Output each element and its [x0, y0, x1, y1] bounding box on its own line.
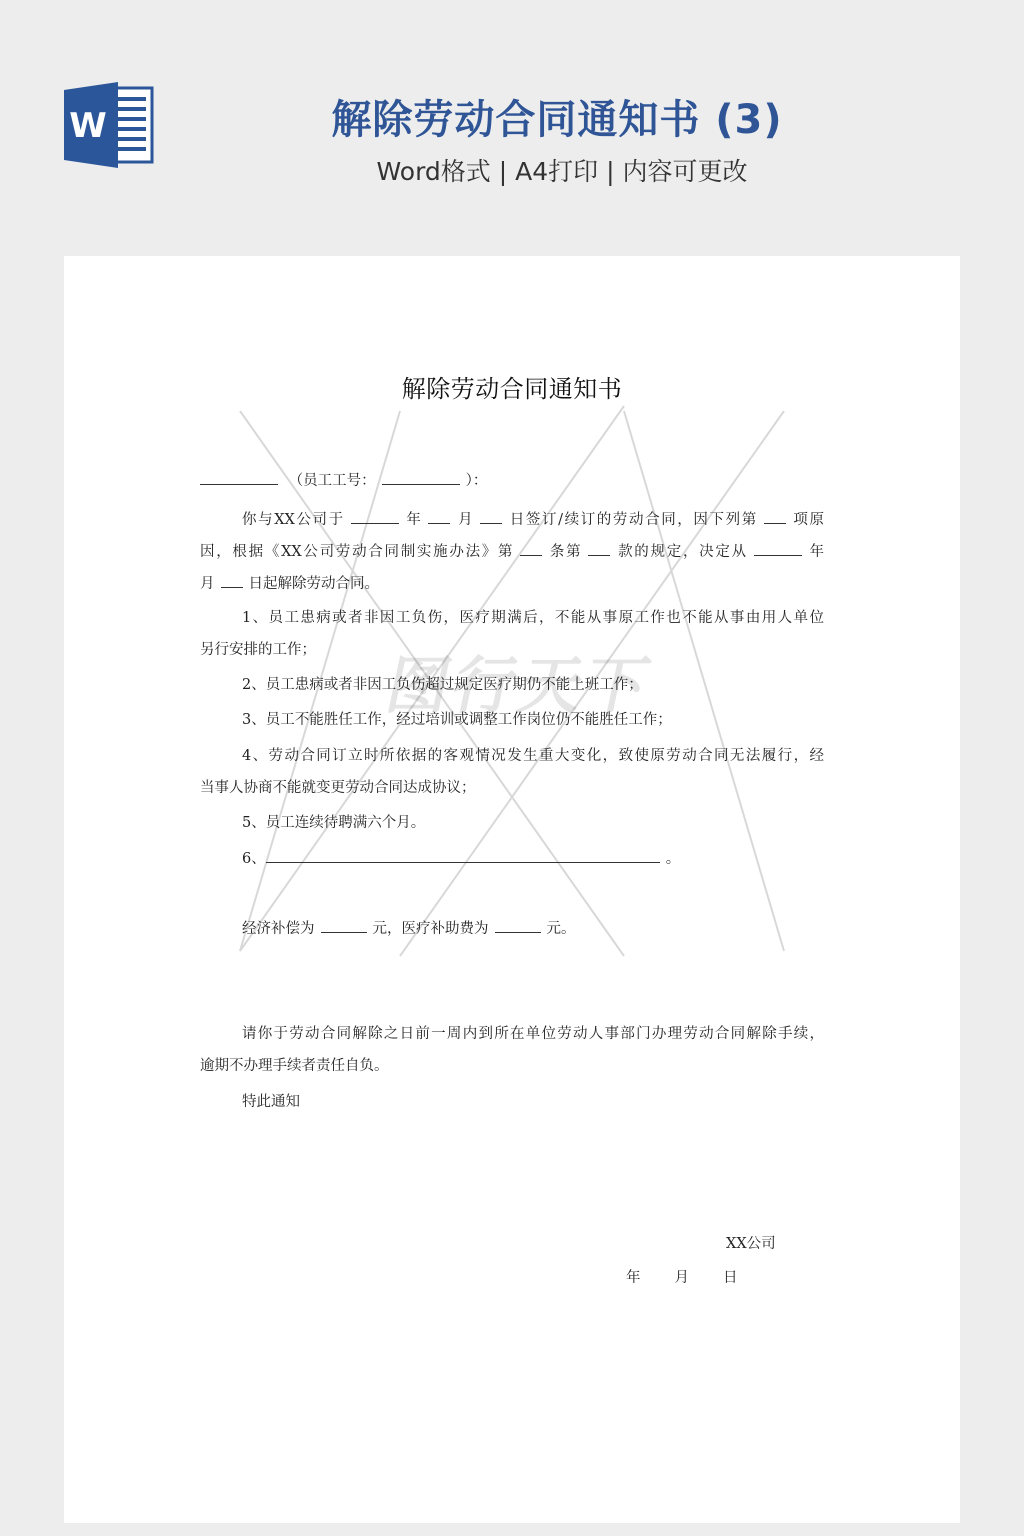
banner: W 解除劳动合同通知书 (3) Word格式 | A4打印 | 内容可更改 — [0, 0, 1024, 256]
medical-subsidy-blank[interactable] — [495, 918, 541, 933]
name-blank[interactable] — [200, 470, 278, 485]
clause-blank[interactable] — [588, 541, 610, 556]
compensation-blank[interactable] — [321, 918, 367, 933]
text: 元，医疗补助费为 — [373, 921, 489, 937]
text: 因，根据《XX公司劳动合同制实施办法》第 — [200, 544, 514, 560]
text: 日签订/续订的劳动合同，因下列第 — [508, 512, 758, 528]
compensation-line: 经济补偿为元，医疗补助费为元。 — [242, 918, 576, 939]
text: 年 — [808, 544, 824, 560]
item-4-line2: 当事人协商不能就变更劳动合同达成协议； — [200, 778, 476, 798]
item-1-line1: 1、员工患病或者非因工负伤，医疗期满后，不能从事原工作也不能从事由用人单位 — [242, 608, 824, 628]
item-number-blank[interactable] — [764, 509, 786, 524]
text: 经济补偿为 — [242, 921, 315, 937]
item-2: 2、员工患病或者非因工负伤超过规定医疗期仍不能上班工作； — [242, 675, 643, 695]
day-label: 日 — [723, 1270, 738, 1286]
notice-line1: 请你于劳动合同解除之日前一周内到所在单位劳动人事部门办理劳动合同解除手续， — [242, 1024, 824, 1044]
item-4-line1: 4、劳动合同订立时所依据的客观情况发生重大变化，致使原劳动合同无法履行，经 — [242, 746, 824, 766]
banner-title: 解除劳动合同通知书 (3) — [0, 88, 1024, 145]
text: 款的规定，决定从 — [616, 544, 747, 560]
month-label: 月 — [675, 1270, 690, 1286]
document-title: 解除劳动合同通知书 — [200, 369, 824, 404]
item-1-line2: 另行安排的工作； — [200, 640, 316, 660]
para1-line3: 月日起解除劳动合同。 — [200, 573, 379, 594]
text: 。 — [666, 851, 681, 867]
addressee-line: （员工工号：）： — [200, 470, 487, 491]
document-page: 图行天下 解除劳动合同通知书 （员工工号：）： 你与XX公司于年月日签订/续订的… — [64, 256, 960, 1523]
para1-line1: 你与XX公司于年月日签订/续订的劳动合同，因下列第项原 — [242, 509, 824, 530]
text: 你与XX公司于 — [242, 512, 345, 528]
banner-subtitle: Word格式 | A4打印 | 内容可更改 — [0, 152, 1024, 188]
notice-line2: 逾期不办理手续者责任自负。 — [200, 1056, 389, 1076]
closing-text: 特此通知 — [242, 1092, 300, 1112]
month-blank[interactable] — [428, 509, 450, 524]
addressee-close: ）： — [466, 473, 488, 489]
text: 月 — [456, 512, 474, 528]
text: 项原 — [792, 512, 824, 528]
text: 6、 — [242, 851, 266, 867]
text: 月 — [200, 576, 215, 592]
watermark-lines — [64, 256, 960, 1523]
year-label: 年 — [626, 1270, 641, 1286]
text: 条第 — [548, 544, 582, 560]
para1-line2: 因，根据《XX公司劳动合同制实施办法》第条第款的规定，决定从年 — [200, 541, 824, 562]
text: 日起解除劳动合同。 — [249, 576, 380, 592]
text: 元。 — [547, 921, 576, 937]
signature-company: XX公司 — [726, 1234, 776, 1254]
year-blank[interactable] — [351, 509, 399, 524]
end-month-blank[interactable] — [221, 573, 243, 588]
article-blank[interactable] — [520, 541, 542, 556]
end-year-blank[interactable] — [754, 541, 802, 556]
item-5: 5、员工连续待聘满六个月。 — [242, 813, 425, 833]
day-blank[interactable] — [480, 509, 502, 524]
item-6: 6、。 — [242, 848, 680, 869]
other-reason-blank[interactable] — [266, 848, 660, 863]
signature-date: 年月日 — [626, 1268, 738, 1288]
item-3: 3、员工不能胜任工作，经过培训或调整工作岗位仍不能胜任工作； — [242, 710, 672, 730]
employee-id-label: （员工工号： — [289, 473, 376, 489]
text: 年 — [405, 512, 423, 528]
employee-id-blank[interactable] — [382, 470, 460, 485]
